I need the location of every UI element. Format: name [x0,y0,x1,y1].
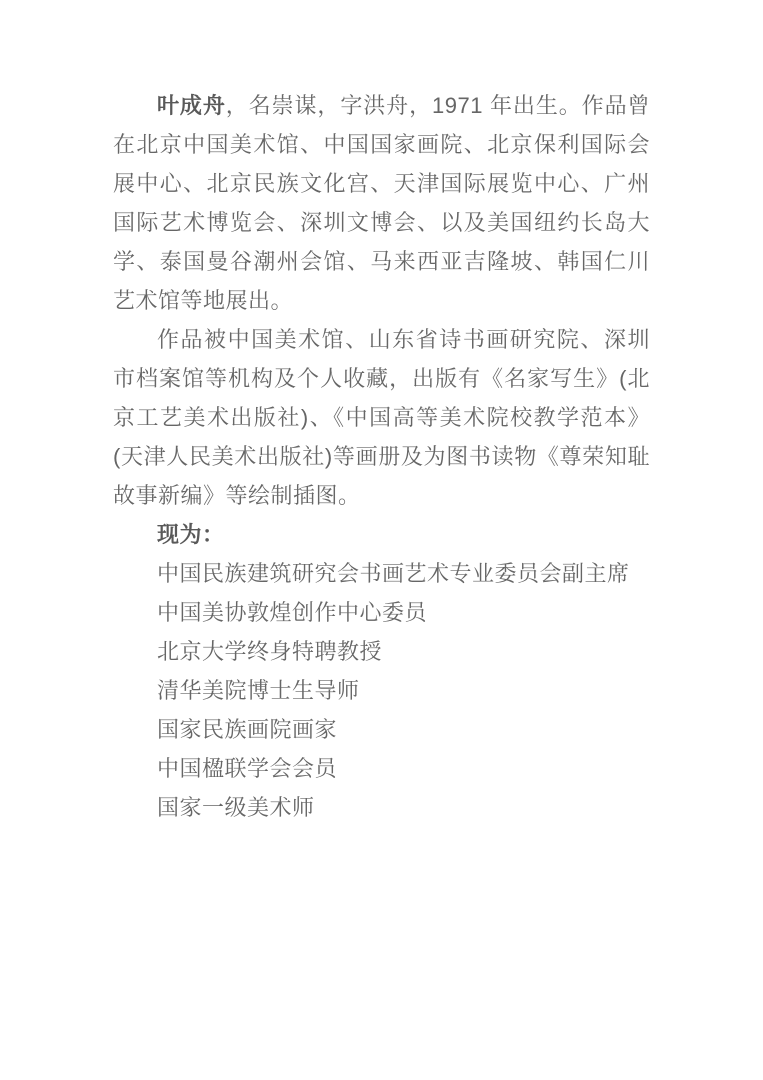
title-item: 清华美院博士生导师 [113,671,650,710]
title-item: 北京大学终身特聘教授 [113,632,650,671]
document-page: 叶成舟，名崇谋，字洪舟，1971 年出生。作品曾在北京中国美术馆、中国国家画院、… [0,0,763,1080]
current-roles-line: 现为： [113,515,650,554]
title-item: 国家一级美术师 [113,788,650,827]
bio-paragraph-collections: 作品被中国美术馆、山东省诗书画研究院、深圳市档案馆等机构及个人收藏，出版有《名家… [113,320,650,515]
title-item: 中国美协敦煌创作中心委员 [113,593,650,632]
bio-paragraph-exhibitions: 叶成舟，名崇谋，字洪舟，1971 年出生。作品曾在北京中国美术馆、中国国家画院、… [113,86,650,320]
artist-name: 叶成舟 [157,93,226,118]
bio-content: 叶成舟，名崇谋，字洪舟，1971 年出生。作品曾在北京中国美术馆、中国国家画院、… [113,86,650,827]
current-roles-label: 现为： [157,522,225,547]
title-item: 中国楹联学会会员 [113,749,650,788]
title-item: 国家民族画院画家 [113,710,650,749]
title-item: 中国民族建筑研究会书画艺术专业委员会副主席 [113,554,650,593]
bio-paragraph-exhibitions-text: ，名崇谋，字洪舟，1971 年出生。作品曾在北京中国美术馆、中国国家画院、北京保… [113,93,650,313]
